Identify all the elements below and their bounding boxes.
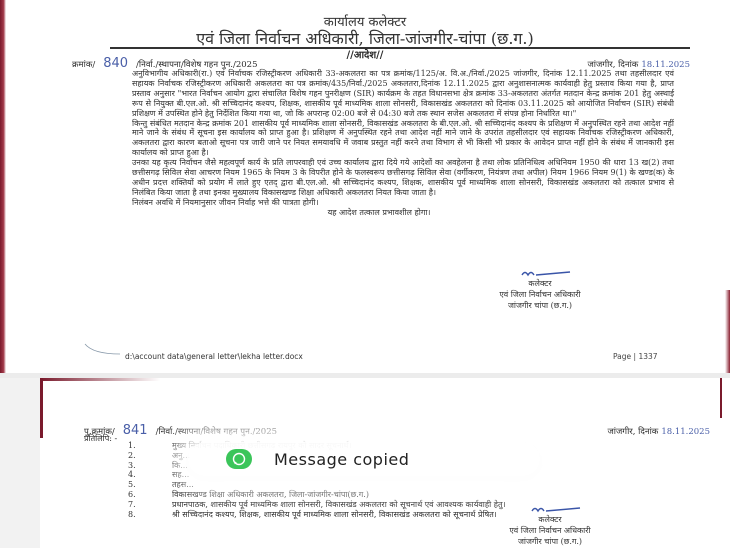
copy-to-label: प्रतिलिपि: -: [84, 433, 117, 444]
message-copied-toast: Message copied: [188, 442, 540, 476]
authority-title: एवं जिला निर्वाचन अधिकारी, जिला-जांजगीर-…: [0, 27, 730, 49]
list-item: 6.विकासखण्ड शिक्षा अधिकारी अकलतरा, जिला-…: [128, 490, 688, 500]
list-text: विकासखण्ड शिक्षा अधिकारी अकलतरा, जिला-जा…: [172, 490, 688, 500]
footer-file-path: d:\account data\general letter\lekha let…: [125, 352, 303, 361]
signature-title: कलेक्टर: [480, 514, 620, 525]
list-number: 7.: [128, 500, 172, 510]
list-number: 2.: [128, 451, 172, 461]
list-number: 8.: [128, 510, 172, 520]
endorsement-reference-line: पु.क्रमांक/ 841 /निर्वा./स्थापना/विशेष ग…: [84, 423, 710, 438]
page-edge-shadow: [40, 378, 160, 381]
list-number: 6.: [128, 490, 172, 500]
signature-line-3: जांजगीर चांपा (छ.ग.): [470, 300, 610, 311]
signature-block: कलेक्टर एवं जिला निर्वाचन अधिकारी जांजगी…: [480, 504, 620, 547]
signature-scribble-icon: [510, 504, 590, 514]
signature-scribble-icon: [500, 268, 580, 278]
endorsement-suffix: /निर्वा./स्थापना/विशेष गहन पुन./2025: [156, 426, 608, 437]
whatsapp-icon: [226, 449, 252, 469]
signature-title: कलेक्टर: [470, 278, 610, 289]
page-edge-shadow: [40, 378, 43, 438]
paragraph-2: किन्तु संबंधित मतदान केन्द्र क्रमांक 201…: [84, 119, 674, 159]
paragraph-5: यह आदेश तत्काल प्रभावशील होगा।: [84, 208, 674, 218]
toast-message: Message copied: [274, 450, 409, 469]
order-body: अनुविभागीय अधिकारी(रा.) एवं निर्वाचक रजि…: [84, 69, 674, 218]
footer-page-number: Page | 1337: [613, 352, 658, 361]
paragraph-1: अनुविभागीय अधिकारी(रा.) एवं निर्वाचक रजि…: [84, 69, 674, 119]
handwritten-endorsement-number: 841: [123, 423, 148, 438]
list-number: 5.: [128, 480, 172, 490]
paragraph-4: निलंबन अवधि में नियमानुसार जीवन निर्वाह …: [84, 198, 674, 208]
page-edge-shadow: [725, 290, 730, 373]
signature-block: कलेक्टर एवं जिला निर्वाचन अधिकारी जांजगी…: [470, 268, 610, 311]
list-number: 3.: [128, 461, 172, 471]
list-item: 5.तहस...: [128, 480, 688, 490]
list-number: 1.: [128, 441, 172, 451]
document-page-1: कार्यालय कलेक्टर एवं जिला निर्वाचन अधिका…: [0, 0, 730, 373]
list-number: 4.: [128, 470, 172, 480]
list-text: तहस...: [172, 480, 688, 490]
page-edge-shadow: [720, 378, 722, 418]
paragraph-3: उनका यह कृत्य निर्वाचन जैसे महत्वपूर्ण क…: [84, 158, 674, 198]
signature-line-2: एवं जिला निर्वाचन अधिकारी: [470, 289, 610, 300]
place-date-label: जांजगीर, दिनांक: [607, 426, 658, 437]
signature-line-2: एवं जिला निर्वाचन अधिकारी: [480, 525, 620, 536]
signature-line-3: जांजगीर चांपा (छ.ग.): [480, 536, 620, 547]
endorsement-date: 18.11.2025: [661, 427, 710, 437]
